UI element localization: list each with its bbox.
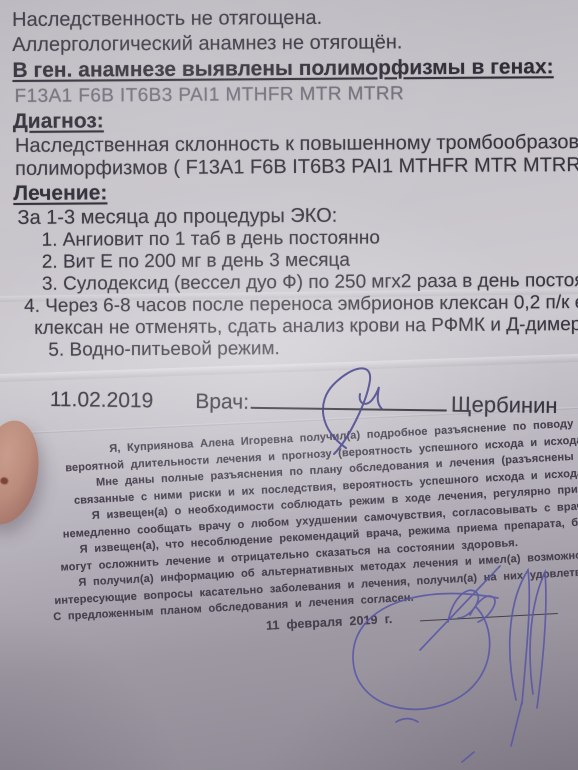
treatment-heading: Лечение: (13, 176, 578, 207)
document-photo: Наследственность не отягощена. Аллерголо… (0, 0, 578, 770)
anamnesis-line: Наследственность не отягощена. (12, 3, 578, 33)
consent-paragraph: Я, Куприянова Алена Игоревна получил(а) … (16, 409, 578, 646)
treatment-item: 5. Водно-питьевой режим. (48, 335, 578, 362)
treatment-item-wrap: клексан не отменять, сдать анализ крови … (34, 313, 578, 340)
fingertip-mark (0, 477, 9, 486)
genes-list: F13A1 F6B IT6B3 PAI1 MTHFR MTR MTRR (15, 79, 578, 109)
doctor-name: Щербинин (451, 392, 558, 418)
consent-date: 11 февраля 2019 г. (266, 611, 393, 632)
doctor-label: Врач: (195, 390, 249, 414)
anamnesis-line: Аллергологический анамнез не отягощён. (12, 28, 578, 58)
report-date: 11.02.2019 (50, 388, 154, 412)
medical-report: Наследственность не отягощена. Аллерголо… (12, 3, 578, 362)
doctor-signature-row: 11.02.2019Врач:Щербинин (50, 384, 578, 420)
diagnosis-line: полиморфизмов ( F13A1 F6B IT6B3 PAI1 MTH… (15, 153, 578, 181)
genetics-heading: В ген. анамнезе выявлены полиморфизмы в … (12, 53, 578, 84)
diagnosis-heading: Диагноз: (13, 104, 578, 135)
signature-line (251, 387, 447, 412)
